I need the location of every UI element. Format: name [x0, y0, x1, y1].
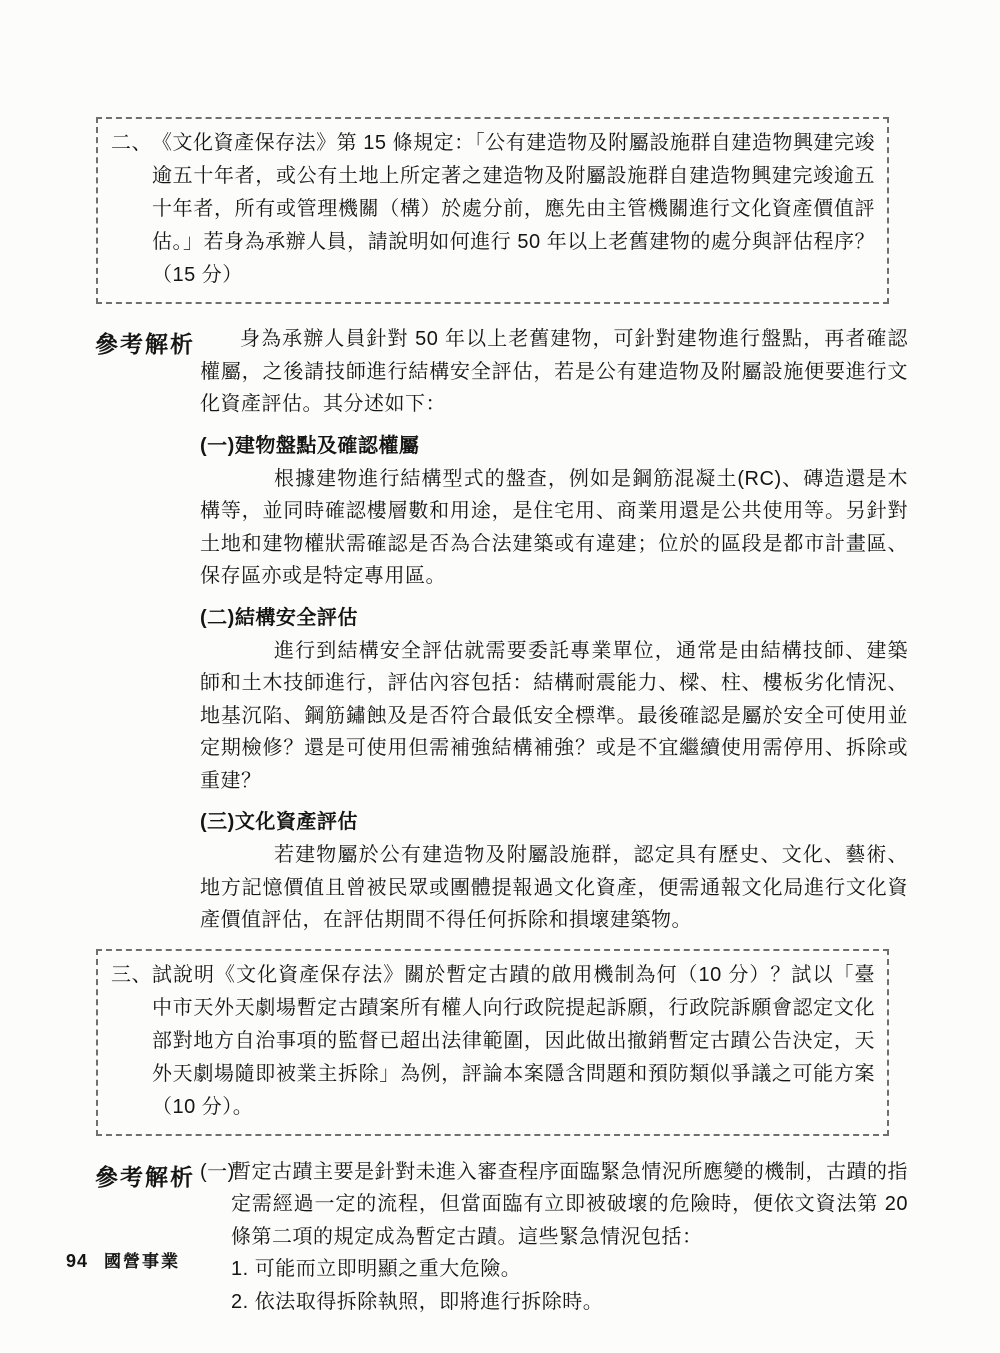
answer-2-intro: 身為承辦人員針對 50 年以上老舊建物，可針對建物進行盤點，再者確認權屬，之後請…	[200, 323, 908, 421]
answer-3-label: 參考解析	[95, 1159, 195, 1192]
question-3-row: 三、 試說明《文化資產保存法》關於暫定古蹟的啟用機制為何（10 分）？試以「臺中…	[111, 959, 875, 1124]
question-2-text: 《文化資產保存法》第 15 條規定：「公有建造物及附屬設施群自建造物興建完竣逾五…	[152, 127, 875, 292]
answer-2-section-1: (一)建物盤點及確認權屬 根據建物進行結構型式的盤查，例如是鋼筋混凝土(RC)、…	[200, 430, 908, 593]
answer-2-section-1-heading: (一)建物盤點及確認權屬	[200, 430, 908, 463]
book-title: 國營事業	[104, 1247, 180, 1272]
answer-section-3: 參考解析 (一)暫定古蹟主要是針對未進入審查程序面臨緊急情況所應變的機制，古蹟的…	[95, 1156, 908, 1319]
answer-2-section-3: (三)文化資產評估 若建物屬於公有建造物及附屬設施群，認定具有歷史、文化、藝術、…	[200, 806, 908, 937]
answer-2-body: 身為承辦人員針對 50 年以上老舊建物，可針對建物進行盤點，再者確認權屬，之後請…	[200, 323, 908, 937]
answer-3-item-1-text: 暫定古蹟主要是針對未進入審查程序面臨緊急情況所應變的機制，古蹟的指定需經過一定的…	[231, 1161, 908, 1248]
answer-2-section-2-heading: (二)結構安全評估	[200, 602, 908, 635]
question-3-number: 三、	[111, 959, 152, 1124]
question-3-text: 試說明《文化資產保存法》關於暫定古蹟的啟用機制為何（10 分）？試以「臺中市天外…	[152, 959, 875, 1124]
question-box-3: 三、 試說明《文化資產保存法》關於暫定古蹟的啟用機制為何（10 分）？試以「臺中…	[96, 949, 889, 1136]
book-page: 二、 《文化資產保存法》第 15 條規定：「公有建造物及附屬設施群自建造物興建完…	[0, 0, 1000, 1353]
answer-2-section-1-body: 根據建物進行結構型式的盤查，例如是鋼筋混凝土(RC)、磚造還是木構等，並同時確認…	[200, 463, 908, 593]
answer-3-item-1: (一)暫定古蹟主要是針對未進入審查程序面臨緊急情況所應變的機制，古蹟的指定需經過…	[200, 1156, 908, 1254]
answer-section-2: 參考解析 身為承辦人員針對 50 年以上老舊建物，可針對建物進行盤點，再者確認權…	[95, 323, 908, 937]
page-footer: 94 國營事業	[66, 1247, 180, 1272]
page-number: 94	[66, 1251, 88, 1272]
answer-3-item-1-marker: (一)	[200, 1156, 231, 1189]
answer-3-subitem-2: 2. 依法取得拆除執照，即將進行拆除時。	[200, 1286, 908, 1319]
question-box-2: 二、 《文化資產保存法》第 15 條規定：「公有建造物及附屬設施群自建造物興建完…	[96, 117, 889, 304]
answer-3-subitem-1: 1. 可能而立即明顯之重大危險。	[200, 1253, 908, 1286]
answer-2-section-3-body: 若建物屬於公有建造物及附屬設施群，認定具有歷史、文化、藝術、地方記憶價值且曾被民…	[200, 839, 908, 937]
question-2-number: 二、	[111, 127, 152, 292]
answer-2-section-2: (二)結構安全評估 進行到結構安全評估就需要委託專業單位，通常是由結構技師、建築…	[200, 602, 908, 798]
answer-2-section-2-body: 進行到結構安全評估就需要委託專業單位，通常是由結構技師、建築師和土木技師進行，評…	[200, 635, 908, 798]
question-2-row: 二、 《文化資產保存法》第 15 條規定：「公有建造物及附屬設施群自建造物興建完…	[111, 127, 875, 292]
answer-2-section-3-heading: (三)文化資產評估	[200, 806, 908, 839]
answer-3-body: (一)暫定古蹟主要是針對未進入審查程序面臨緊急情況所應變的機制，古蹟的指定需經過…	[200, 1156, 908, 1319]
answer-2-label: 參考解析	[95, 326, 195, 359]
